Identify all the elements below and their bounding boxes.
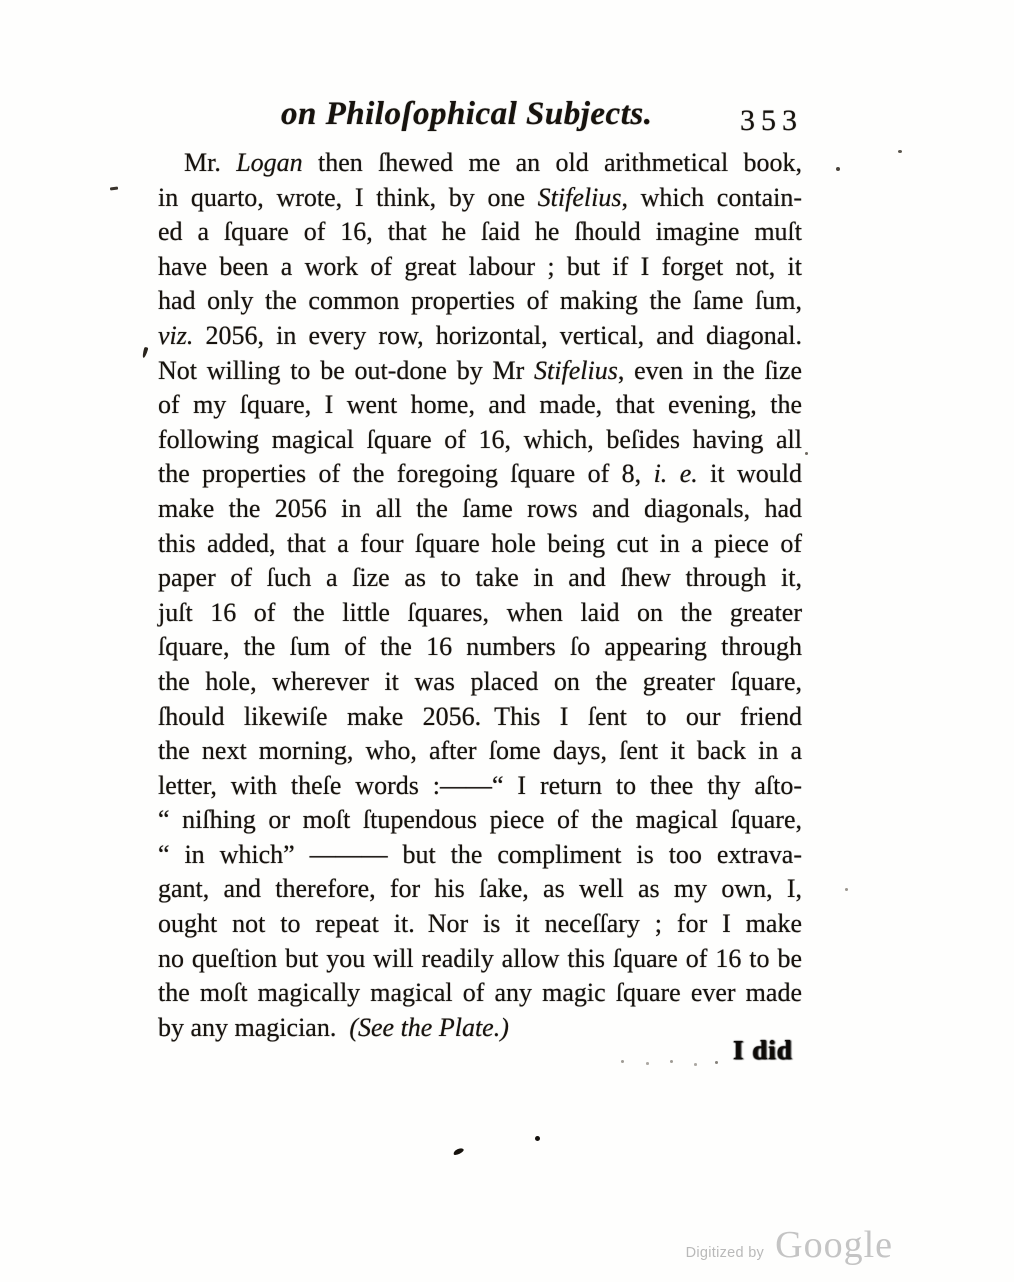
text-line: Not willing to be out-done by Mr Stifeli… xyxy=(158,354,802,389)
italic-text-segment: Stifelius xyxy=(534,356,618,385)
italic-text-segment: Stifelius xyxy=(538,183,622,212)
google-logo: Google xyxy=(775,1226,893,1264)
text-line: letter, with theſe words :——“ I return t… xyxy=(158,769,802,804)
bleed-dot xyxy=(715,1061,718,1064)
text-segment: the next morning, who, after ſome days, … xyxy=(158,736,802,765)
text-segment: make the 2056 in all the ſame rows and d… xyxy=(158,494,802,523)
catchword: I did xyxy=(733,1035,793,1066)
text-line: the next morning, who, after ſome days, … xyxy=(158,734,802,769)
text-line: paper of ſuch a ſize as to take in and ſ… xyxy=(158,561,802,596)
text-segment: “ niſhing or moſt ſtupendous piece of th… xyxy=(158,805,802,834)
text-segment: in quarto, wrote, I think, by one xyxy=(158,183,538,212)
ink-speck xyxy=(535,1136,540,1141)
text-segment: no queſtion but you will readily allow t… xyxy=(158,944,802,973)
bleed-dot xyxy=(694,1063,697,1066)
text-segment: ſhould likewiſe make 2056. This I ſent t… xyxy=(158,702,802,731)
text-segment: gant, and therefore, for his ſake, as we… xyxy=(158,874,802,903)
text-segment: it would xyxy=(698,459,802,488)
text-line: gant, and therefore, for his ſake, as we… xyxy=(158,872,802,907)
ink-speck xyxy=(110,187,118,190)
text-segment: 2056, in every row, horizontal, vertical… xyxy=(193,321,802,350)
ink-speck xyxy=(898,150,902,153)
text-segment: this added, that a four ſquare hole bein… xyxy=(158,529,802,558)
running-title: on Philoſophical Subjects. xyxy=(281,96,652,133)
italic-text-segment: (See the Plate.) xyxy=(349,1013,509,1042)
text-segment: letter, with theſe words :——“ I return t… xyxy=(158,771,802,800)
text-line: following magical ſquare of 16, which, b… xyxy=(158,423,802,458)
ink-speck xyxy=(452,1147,464,1156)
text-segment: ed a ſquare of 16, that he ſaid he ſhoul… xyxy=(158,217,802,246)
text-segment: Mr. xyxy=(184,148,236,177)
ink-speck xyxy=(845,888,848,891)
bleed-dot xyxy=(621,1060,624,1063)
text-segment: Not willing to be out-done by Mr xyxy=(158,356,534,385)
text-segment: the properties of the foregoing ſquare o… xyxy=(158,459,654,488)
text-segment: “ in which” ——— but the compliment is to… xyxy=(158,840,802,869)
text-line: ſquare, the ſum of the 16 numbers ſo app… xyxy=(158,630,802,665)
text-segment: the hole, wherever it was placed on the … xyxy=(158,667,802,696)
text-line: of my ſquare, I went home, and made, tha… xyxy=(158,388,802,423)
text-segment: the moſt magically magical of any magic … xyxy=(158,978,802,1007)
text-line: juſt 16 of the little ſquares, when laid… xyxy=(158,596,802,631)
text-segment: have been a work of great labour ; but i… xyxy=(158,252,802,281)
text-line: “ niſhing or moſt ſtupendous piece of th… xyxy=(158,803,802,838)
text-line: viz. 2056, in every row, horizontal, ver… xyxy=(158,319,802,354)
text-segment: , even in the ſize xyxy=(618,356,802,385)
ink-speck xyxy=(836,167,840,171)
text-block: Mr. Logan then ſhewed me an old arithmet… xyxy=(158,146,802,1045)
text-line: ought not to repeat it. Nor is it neceſſ… xyxy=(158,907,802,942)
text-segment: , which contain- xyxy=(621,183,802,212)
text-segment: juſt 16 of the little ſquares, when laid… xyxy=(158,598,802,627)
italic-text-segment: i. e. xyxy=(654,459,698,488)
bleed-dot xyxy=(670,1060,673,1063)
text-line: “ in which” ——— but the compliment is to… xyxy=(158,838,802,873)
text-segment: by any magician. xyxy=(158,1013,349,1042)
text-line: no queſtion but you will readily allow t… xyxy=(158,942,802,977)
text-segment: ought not to repeat it. Nor is it neceſſ… xyxy=(158,909,802,938)
ink-speck xyxy=(805,452,808,455)
text-line: have been a work of great labour ; but i… xyxy=(158,250,802,285)
ink-speck xyxy=(142,347,149,359)
text-line: the moſt magically magical of any magic … xyxy=(158,976,802,1011)
text-segment: paper of ſuch a ſize as to take in and ſ… xyxy=(158,563,802,592)
text-segment: had only the common properties of making… xyxy=(158,286,802,315)
text-line: had only the common properties of making… xyxy=(158,284,802,319)
text-line: Mr. Logan then ſhewed me an old arithmet… xyxy=(158,146,802,181)
book-page-scan: on Philoſophical Subjects. 353 Mr. Logan… xyxy=(0,0,1014,1282)
text-line: ſhould likewiſe make 2056. This I ſent t… xyxy=(158,700,802,735)
text-line: this added, that a four ſquare hole bein… xyxy=(158,527,802,562)
italic-text-segment: viz. xyxy=(158,321,193,350)
text-line: by any magician. (See the Plate.) xyxy=(158,1011,802,1046)
text-line: the properties of the foregoing ſquare o… xyxy=(158,457,802,492)
page-number: 353 xyxy=(740,104,803,138)
text-line: make the 2056 in all the ſame rows and d… xyxy=(158,492,802,527)
text-line: the hole, wherever it was placed on the … xyxy=(158,665,802,700)
text-segment: following magical ſquare of 16, which, b… xyxy=(158,425,802,454)
bleed-dot xyxy=(646,1062,649,1065)
text-segment: ſquare, the ſum of the 16 numbers ſo app… xyxy=(158,632,802,661)
text-segment: then ſhewed me an old arithmetical book, xyxy=(303,148,802,177)
google-watermark: Digitized by Google xyxy=(686,1226,893,1264)
text-segment: of my ſquare, I went home, and made, tha… xyxy=(158,390,802,419)
text-line: in quarto, wrote, I think, by one Stifel… xyxy=(158,181,802,216)
text-line: ed a ſquare of 16, that he ſaid he ſhoul… xyxy=(158,215,802,250)
italic-text-segment: Logan xyxy=(236,148,302,177)
digitized-by-text: Digitized by xyxy=(686,1245,765,1261)
